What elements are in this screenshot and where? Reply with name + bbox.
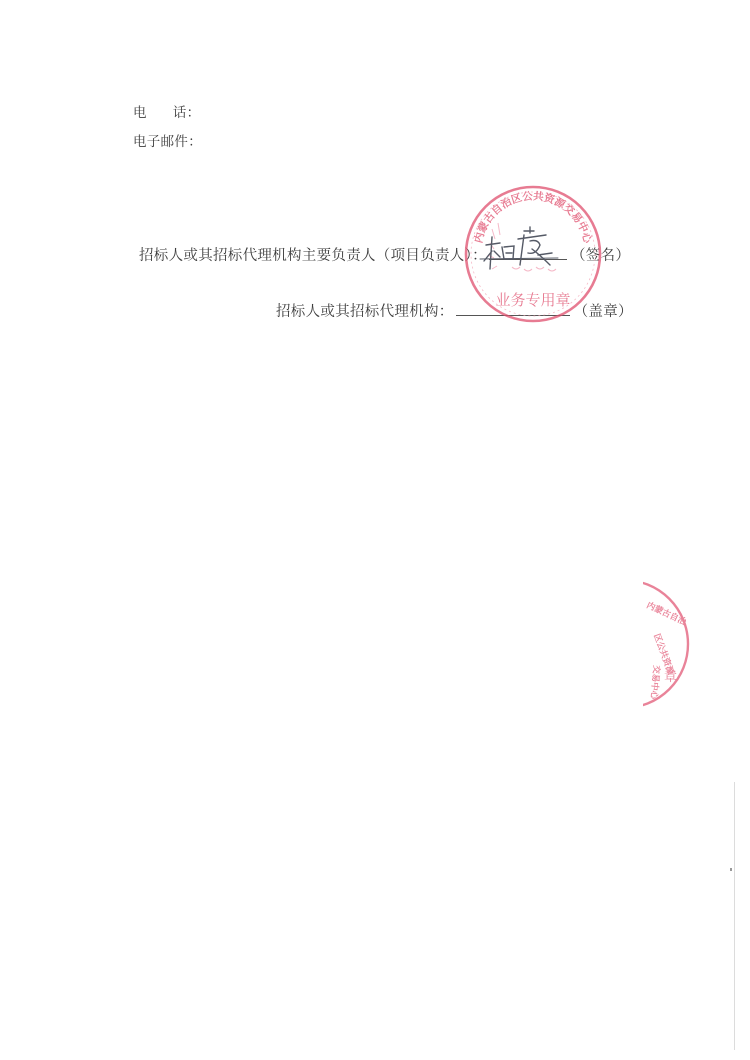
phone-label: 电话：: [133, 101, 200, 121]
scan-artifact-dot: [730, 868, 732, 871]
stamp-field[interactable]: [456, 303, 570, 316]
overlap-seal: 内蒙古自治 区公共资源 交易中心 章: [560, 577, 690, 711]
svg-text:内蒙古自治: 内蒙古自治: [645, 600, 689, 628]
svg-text:交易中心: 交易中心: [648, 665, 662, 700]
signer-line: 招标人或其招标代理机构主要负责人（项目负责人）：（签名）: [139, 244, 630, 265]
agency-note: （盖章）: [574, 304, 633, 320]
scan-artifact-line: [734, 782, 735, 1050]
signer-note: （签名）: [571, 248, 630, 264]
phone-label-part2: 话：: [173, 105, 201, 121]
agency-line: 招标人或其招标代理机构：（盖章）: [276, 300, 633, 321]
signer-label: 招标人或其招标代理机构主要负责人（项目负责人）：: [139, 248, 487, 264]
seal-edge-text: 章: [664, 669, 677, 685]
signature-field[interactable]: [489, 247, 567, 260]
seal-arc-text: 内蒙古自治区公共资源交易中心: [472, 189, 595, 244]
email-label: 电子邮件：: [133, 130, 202, 150]
svg-text:区公共资源: 区公共资源: [651, 632, 676, 676]
phone-label-part1: 电: [133, 105, 147, 121]
agency-label: 招标人或其招标代理机构：: [276, 304, 454, 320]
